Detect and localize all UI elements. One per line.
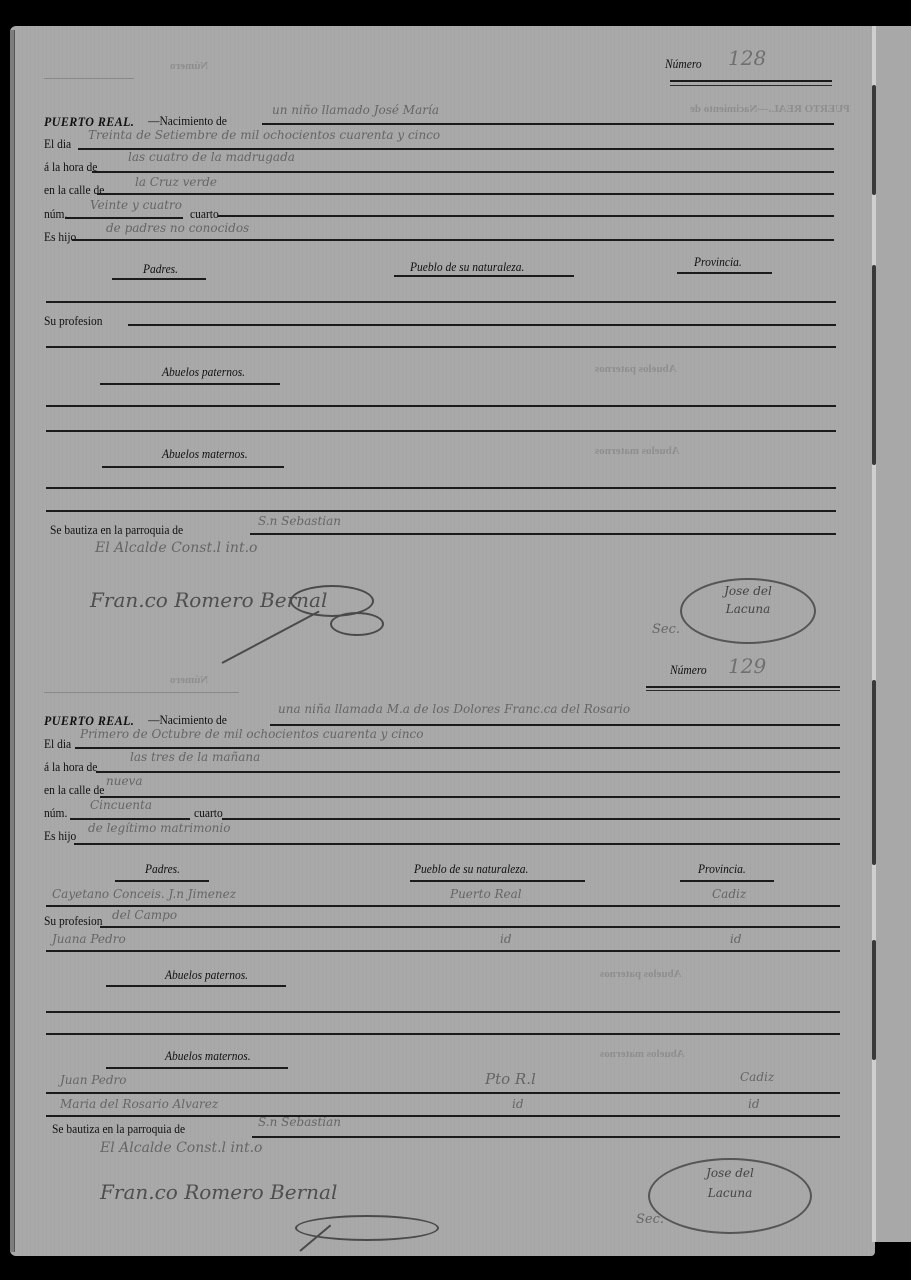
page-left-edge xyxy=(10,30,15,1252)
field-rule xyxy=(100,926,840,928)
abuelos-maternos-label: Abuelos maternos. xyxy=(165,1049,251,1064)
bleed-through-text: Abuelos paternos xyxy=(600,968,682,980)
num-value: Cincuenta xyxy=(90,798,152,812)
col-rule xyxy=(394,275,574,277)
gutter-shadow xyxy=(872,265,876,465)
bautiza-label: Se bautiza en la parroquia de xyxy=(50,523,183,538)
col-rule xyxy=(102,466,284,468)
hora-value: las tres de la mañana xyxy=(130,750,260,764)
field-rule xyxy=(250,533,836,535)
cuarto-label: cuarto xyxy=(190,207,219,222)
profesion-label: Su profesion xyxy=(44,914,102,929)
field-rule xyxy=(100,796,840,798)
field-rule xyxy=(262,123,834,125)
col-provincia: Provincia. xyxy=(694,255,742,270)
ghost-rule xyxy=(44,692,239,693)
field-rule xyxy=(72,239,834,241)
field-rule xyxy=(92,171,834,173)
seal-text: Jose del xyxy=(650,1166,810,1180)
ghost-rule xyxy=(44,78,134,79)
official-seal: Jose del Lacuna xyxy=(648,1158,812,1234)
bleed-through-text: Abuelos maternos xyxy=(595,445,680,457)
numero-value: 129 xyxy=(728,654,766,678)
gutter-shadow xyxy=(872,940,876,1060)
bleed-through-text: PUERTO REAL.—Nacimiento de xyxy=(690,103,850,115)
abuela-materna-provincia: id xyxy=(748,1097,760,1111)
row-rule xyxy=(46,1092,840,1094)
numero-rule xyxy=(646,690,840,691)
col-rule xyxy=(680,880,774,882)
cuarto-label: cuarto xyxy=(194,806,223,821)
gutter-shadow xyxy=(872,85,876,195)
madre-pueblo: id xyxy=(500,932,512,946)
field-rule xyxy=(96,771,840,773)
calle-label: en la calle de xyxy=(44,183,104,198)
col-rule xyxy=(677,272,772,274)
abuelos-paternos-label: Abuelos paternos. xyxy=(162,365,245,380)
official-seal: Jose del Lacuna xyxy=(680,578,816,644)
field-rule xyxy=(74,843,840,845)
signature-title: El Alcalde Const.l int.o xyxy=(100,1140,262,1156)
col-pueblo: Pueblo de su naturaleza. xyxy=(410,260,524,275)
dia-label: El dia xyxy=(44,137,71,152)
num-value: Veinte y cuatro xyxy=(90,198,182,212)
padres-row-rule xyxy=(46,905,840,907)
abuela-materna-name: Maria del Rosario Alvarez xyxy=(60,1097,218,1111)
field-rule xyxy=(75,747,840,749)
num-label: núm. xyxy=(44,806,67,821)
secretary-mark: Sec. xyxy=(636,1212,664,1227)
calle-label: en la calle de xyxy=(44,783,104,798)
hijo-label: Es hijo xyxy=(44,230,76,245)
row-rule xyxy=(46,405,836,407)
bautiza-value: S.n Sebastian xyxy=(258,1115,341,1129)
seal-text: Lacuna xyxy=(650,1186,810,1200)
abuelos-maternos-label: Abuelos maternos. xyxy=(162,447,248,462)
field-rule xyxy=(70,818,190,820)
madre-provincia: id xyxy=(730,932,742,946)
abuelo-materno-name: Juan Pedro xyxy=(60,1073,127,1087)
dia-value: Treinta de Setiembre de mil ochocientos … xyxy=(88,128,440,142)
row-rule xyxy=(46,430,836,432)
padres-row-rule xyxy=(46,346,836,348)
abuela-materna-pueblo: id xyxy=(512,1097,524,1111)
nacimiento-value: un niño llamado José María xyxy=(272,103,439,117)
hijo-label: Es hijo xyxy=(44,829,76,844)
col-rule xyxy=(115,880,209,882)
padres-row-rule xyxy=(46,301,836,303)
col-pueblo: Pueblo de su naturaleza. xyxy=(414,862,528,877)
dia-value: Primero de Octubre de mil ochocientos cu… xyxy=(80,727,424,741)
col-rule xyxy=(100,383,280,385)
col-provincia: Provincia. xyxy=(698,862,746,877)
bleed-through-text: Número xyxy=(170,60,208,72)
numero-rule xyxy=(646,686,840,688)
field-rule xyxy=(270,724,840,726)
profesion-label: Su profesion xyxy=(44,314,102,329)
hora-value: las cuatro de la madrugada xyxy=(128,150,295,164)
row-rule xyxy=(46,1011,840,1013)
field-rule xyxy=(222,818,840,820)
nacimiento-value: una niña llamada M.a de los Dolores Fran… xyxy=(278,702,630,716)
abuelo-materno-provincia: Cadiz xyxy=(740,1070,774,1084)
hora-label: á la hora de xyxy=(44,160,97,175)
field-rule xyxy=(65,217,183,219)
bleed-through-text: Abuelos maternos xyxy=(600,1048,685,1060)
numero-label: Número xyxy=(665,57,702,72)
abuelos-paternos-label: Abuelos paternos. xyxy=(165,968,248,983)
numero-value: 128 xyxy=(728,46,766,70)
col-rule xyxy=(106,985,286,987)
madre-name: Juana Pedro xyxy=(52,932,126,946)
nacimiento-label: —Nacimiento de xyxy=(148,713,227,728)
abuelo-materno-pueblo: Pto R.l xyxy=(485,1070,536,1088)
bautiza-value: S.n Sebastian xyxy=(258,514,341,528)
padre-pueblo: Puerto Real xyxy=(450,887,522,901)
hijo-value: de padres no conocidos xyxy=(106,221,249,235)
gutter-shadow xyxy=(872,680,876,865)
padre-provincia: Cadiz xyxy=(712,887,746,901)
padres-row-rule xyxy=(46,950,840,952)
nacimiento-label: —Nacimiento de xyxy=(148,114,227,129)
profesion-value: del Campo xyxy=(112,908,177,922)
hora-label: á la hora de xyxy=(44,760,97,775)
row-rule xyxy=(46,487,836,489)
seal-text: Jose del xyxy=(682,584,814,598)
col-rule xyxy=(106,1067,288,1069)
field-rule xyxy=(97,193,834,195)
secretary-mark: Sec. xyxy=(652,622,680,637)
bleed-through-text: Abuelos paternos xyxy=(595,363,677,375)
bautiza-label: Se bautiza en la parroquia de xyxy=(52,1122,185,1137)
field-rule xyxy=(128,324,836,326)
row-rule xyxy=(46,1033,840,1035)
col-rule xyxy=(112,278,206,280)
col-rule xyxy=(410,880,585,882)
bleed-through-text: Número xyxy=(170,674,208,686)
facing-page-edge xyxy=(873,26,911,1242)
row-rule xyxy=(46,1115,840,1117)
hijo-value: de legítimo matrimonio xyxy=(88,821,230,835)
calle-value: nueva xyxy=(106,774,143,788)
numero-rule xyxy=(670,85,832,86)
calle-value: la Cruz verde xyxy=(135,175,217,189)
padre-name: Cayetano Conceis. J.n Jimenez xyxy=(52,887,236,901)
row-rule xyxy=(46,510,836,512)
num-label: núm. xyxy=(44,207,67,222)
col-padres: Padres. xyxy=(145,862,180,877)
signature-flourish xyxy=(330,612,384,636)
signature-title: El Alcalde Const.l int.o xyxy=(95,540,257,556)
col-padres: Padres. xyxy=(143,262,178,277)
signature-name: Fran.co Romero Bernal xyxy=(100,1180,337,1204)
field-rule xyxy=(218,215,834,217)
dia-label: El dia xyxy=(44,737,71,752)
seal-text: Lacuna xyxy=(682,602,814,616)
numero-label: Número xyxy=(670,663,707,678)
numero-rule xyxy=(670,80,832,82)
field-rule xyxy=(252,1136,840,1138)
